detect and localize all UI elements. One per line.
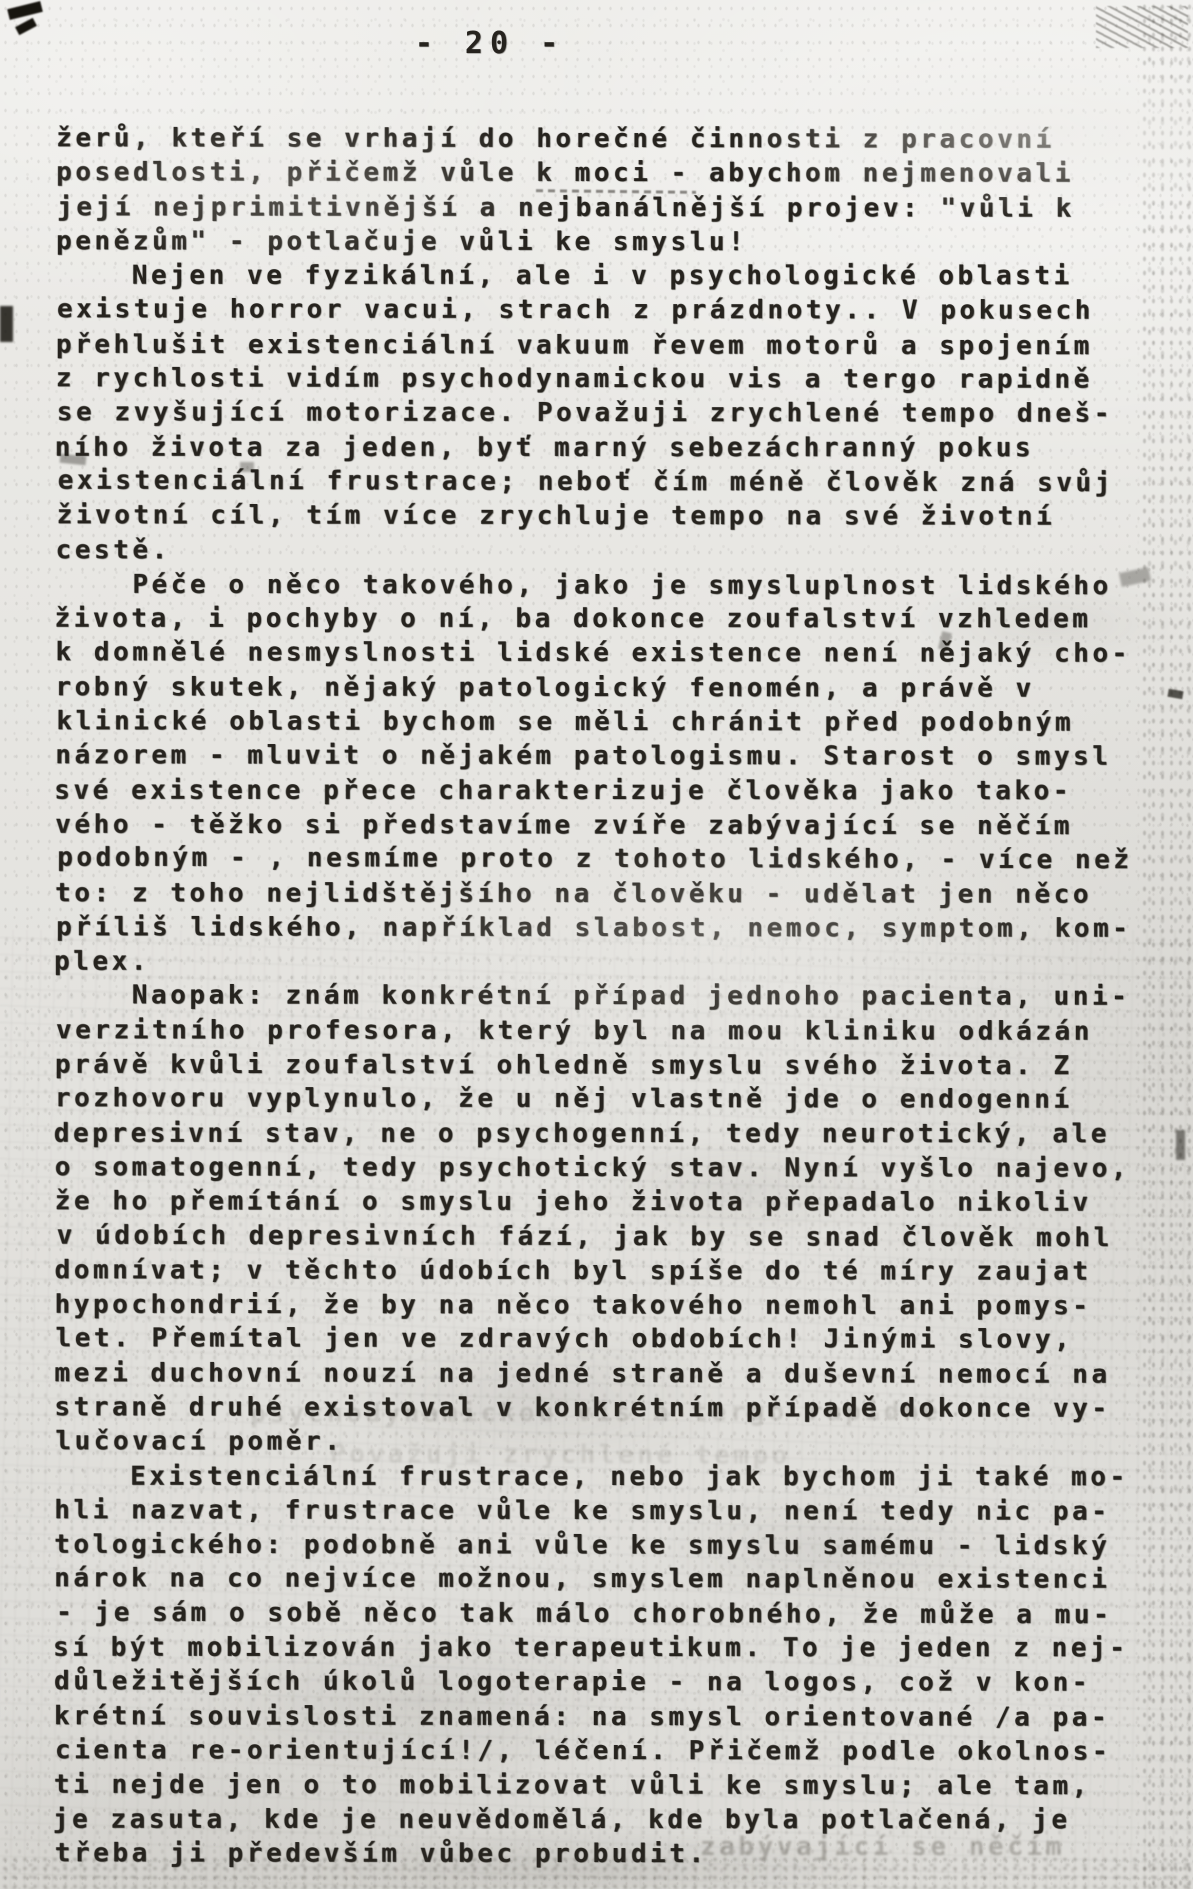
text-line: Nejen ve fyzikální, ale i v psychologick…	[55, 259, 1165, 294]
text-line: hypochondrií, že by na něco takového nem…	[55, 1288, 1165, 1324]
text-line: o somatogenní, tedy psychotický stav. Ny…	[55, 1150, 1165, 1186]
text-line: sí být mobilizován jako terapeutikum. To…	[53, 1631, 1163, 1666]
ink-speck	[1096, 6, 1188, 48]
text-line: posedlosti, přičemž vůle k moci - abycho…	[56, 156, 1166, 192]
text-line: její nejprimitivnější a nejbanálnější pr…	[57, 190, 1167, 226]
text-line: je zasuta, kde je neuvědomělá, kde byla …	[53, 1802, 1163, 1837]
ink-speck	[0, 306, 13, 342]
text-line: existuje horror vacui, strach z prázdnot…	[57, 293, 1167, 329]
text-line: Naopak: znám konkrétní případ jednoho pa…	[55, 979, 1165, 1015]
text-line: let. Přemítal jen ve zdravých obdobích! …	[55, 1322, 1165, 1358]
ink-speck	[7, 1, 43, 20]
text-line: domnívat; v těchto údobích byl spíše do …	[55, 1253, 1165, 1289]
text-line: cestě.	[56, 533, 1166, 569]
text-line: klinické oblasti bychom se měli chránit …	[56, 704, 1166, 740]
text-line: penězům" - potlačuje vůli ke smyslu!	[56, 224, 1166, 260]
text-line: že ho přemítání o smyslu jeho života pře…	[55, 1184, 1165, 1220]
text-line: podobným - , nesmíme proto z tohoto lids…	[57, 841, 1167, 878]
text-line: důležitějších úkolů logoterapie - na log…	[54, 1665, 1164, 1701]
scanned-typewritten-page: { "page": { "number_label": "- 20 -", "l…	[0, 0, 1193, 1889]
text-line: ti nejde jen o to mobilizovat vůli ke sm…	[54, 1768, 1164, 1804]
ink-speck	[1176, 1130, 1185, 1160]
text-line: rozhovoru vyplynulo, že u něj vlastně jd…	[55, 1082, 1165, 1118]
text-line: plex.	[54, 945, 1164, 980]
text-line: straně druhé existoval v konkrétním příp…	[54, 1390, 1164, 1426]
text-line: robný skutek, nějaký patologický fenomén…	[55, 670, 1165, 706]
text-line: života, i pochyby o ní, ba dokonce zoufa…	[55, 602, 1165, 637]
text-line: k domnělé nesmyslnosti lidské existence …	[55, 636, 1165, 672]
text-line: své existence přece charakterizuje člově…	[54, 773, 1164, 808]
text-line: žerů, kteří se vrhají do horečné činnost…	[56, 121, 1166, 157]
text-line: v údobích depresivních fází, jak by se s…	[57, 1218, 1167, 1255]
text-line: cienta re-orientující!/, léčení. Přičemž…	[55, 1733, 1165, 1769]
text-line: krétní souvislosti znamená: na smysl ori…	[54, 1699, 1164, 1735]
text-line: to: z toho nejlidštějšího na člověku - u…	[55, 876, 1165, 912]
text-line: depresivní stav, ne o psychogenní, tedy …	[54, 1116, 1164, 1151]
text-line: přehlušit existenciální vakuum řevem mot…	[56, 328, 1166, 364]
text-line: z rychlosti vidím psychodynamickou vis a…	[56, 361, 1166, 397]
ink-speck	[1167, 689, 1183, 699]
text-line: ního života za jeden, byť marný sebezách…	[55, 430, 1165, 465]
text-line: vého - těžko si představíme zvíře zabýva…	[55, 808, 1165, 844]
text-line: se zvyšující motorizace. Považuji zrychl…	[57, 396, 1167, 432]
text-line: verzitního profesora, který byl na mou k…	[56, 1013, 1166, 1049]
text-line: nárok na co nejvíce možnou, smyslem napl…	[54, 1562, 1164, 1598]
text-line: hli nazvat, frustrace vůle ke smyslu, ne…	[54, 1493, 1164, 1529]
text-line: životní cíl, tím více zrychluje tempo na…	[57, 498, 1167, 534]
ink-speck	[15, 18, 37, 35]
text-line: názorem - mluvit o nějakém patologismu. …	[55, 739, 1165, 775]
text-line: tologického: podobně ani vůle ke smyslu …	[54, 1528, 1164, 1564]
text-line: existenciální frustrace; neboť čím méně …	[58, 464, 1168, 501]
text-line: třeba ji především vůbec probudit.	[55, 1836, 1165, 1872]
text-line: Péče o něco takového, jako je smysluplno…	[56, 568, 1166, 604]
page-number: - 20 -	[40, 26, 940, 61]
text-line: příliš lidského, například slabost, nemo…	[56, 910, 1166, 946]
text-line: Existenciální frustrace, nebo jak bychom…	[53, 1459, 1163, 1494]
text-line: mezi duchovní nouzí na jedné straně a du…	[54, 1356, 1164, 1392]
text-line: lučovací poměr.	[55, 1425, 1165, 1461]
body-text: žerů, kteří se vrhají do horečné činnost…	[54, 121, 1166, 1872]
text-line: právě kvůli zoufalství ohledně smyslu sv…	[55, 1048, 1165, 1084]
text-line: - je sám o sobě něco tak málo chorobného…	[56, 1595, 1166, 1632]
